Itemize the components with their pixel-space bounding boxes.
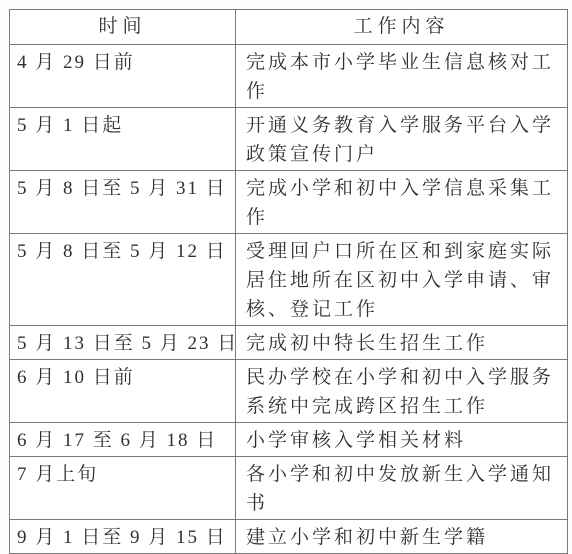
table-row: 6 月 10 日前民办学校在小学和初中入学服务系统中完成跨区招生工作: [10, 360, 568, 423]
table-row: 5 月 8 日至 5 月 31 日完成小学和初中入学信息采集工作: [10, 171, 568, 234]
table-row: 5 月 1 日起开通义务教育入学服务平台入学政策宣传门户: [10, 108, 568, 171]
content-cell: 开通义务教育入学服务平台入学政策宣传门户: [236, 108, 568, 171]
time-cell: 5 月 13 日至 5 月 23 日: [10, 326, 236, 360]
time-cell: 5 月 1 日起: [10, 108, 236, 171]
content-cell: 各小学和初中发放新生入学通知书: [236, 457, 568, 520]
content-cell: 建立小学和初中新生学籍: [236, 520, 568, 549]
table-row: 4 月 29 日前完成本市小学毕业生信息核对工作: [10, 45, 568, 108]
column-header-time: 时间: [10, 10, 236, 45]
table-row: 6 月 17 至 6 月 18 日小学审核入学相关材料: [10, 423, 568, 457]
table-row: 7 月上旬各小学和初中发放新生入学通知书: [10, 457, 568, 520]
content-cell: 受理回户口所在区和到家庭实际居住地所在区初中入学申请、审核、登记工作: [236, 234, 568, 326]
time-cell: 6 月 10 日前: [10, 360, 236, 423]
content-cell: 小学审核入学相关材料: [236, 423, 568, 457]
time-cell: 4 月 29 日前: [10, 45, 236, 108]
schedule-table-container: 时间 工作内容 4 月 29 日前完成本市小学毕业生信息核对工作5 月 1 日起…: [9, 9, 568, 548]
time-cell: 9 月 1 日至 9 月 15 日: [10, 520, 236, 549]
schedule-table-body: 4 月 29 日前完成本市小学毕业生信息核对工作5 月 1 日起开通义务教育入学…: [10, 45, 568, 549]
table-row: 5 月 8 日至 5 月 12 日受理回户口所在区和到家庭实际居住地所在区初中入…: [10, 234, 568, 326]
content-cell: 完成小学和初中入学信息采集工作: [236, 171, 568, 234]
time-cell: 5 月 8 日至 5 月 31 日: [10, 171, 236, 234]
column-header-content: 工作内容: [236, 10, 568, 45]
time-cell: 5 月 8 日至 5 月 12 日: [10, 234, 236, 326]
table-row: 5 月 13 日至 5 月 23 日完成初中特长生招生工作: [10, 326, 568, 360]
schedule-table: 时间 工作内容 4 月 29 日前完成本市小学毕业生信息核对工作5 月 1 日起…: [9, 9, 568, 548]
content-cell: 完成初中特长生招生工作: [236, 326, 568, 360]
content-cell: 民办学校在小学和初中入学服务系统中完成跨区招生工作: [236, 360, 568, 423]
time-cell: 7 月上旬: [10, 457, 236, 520]
table-header-row: 时间 工作内容: [10, 10, 568, 45]
content-cell: 完成本市小学毕业生信息核对工作: [236, 45, 568, 108]
time-cell: 6 月 17 至 6 月 18 日: [10, 423, 236, 457]
table-row: 9 月 1 日至 9 月 15 日建立小学和初中新生学籍: [10, 520, 568, 549]
